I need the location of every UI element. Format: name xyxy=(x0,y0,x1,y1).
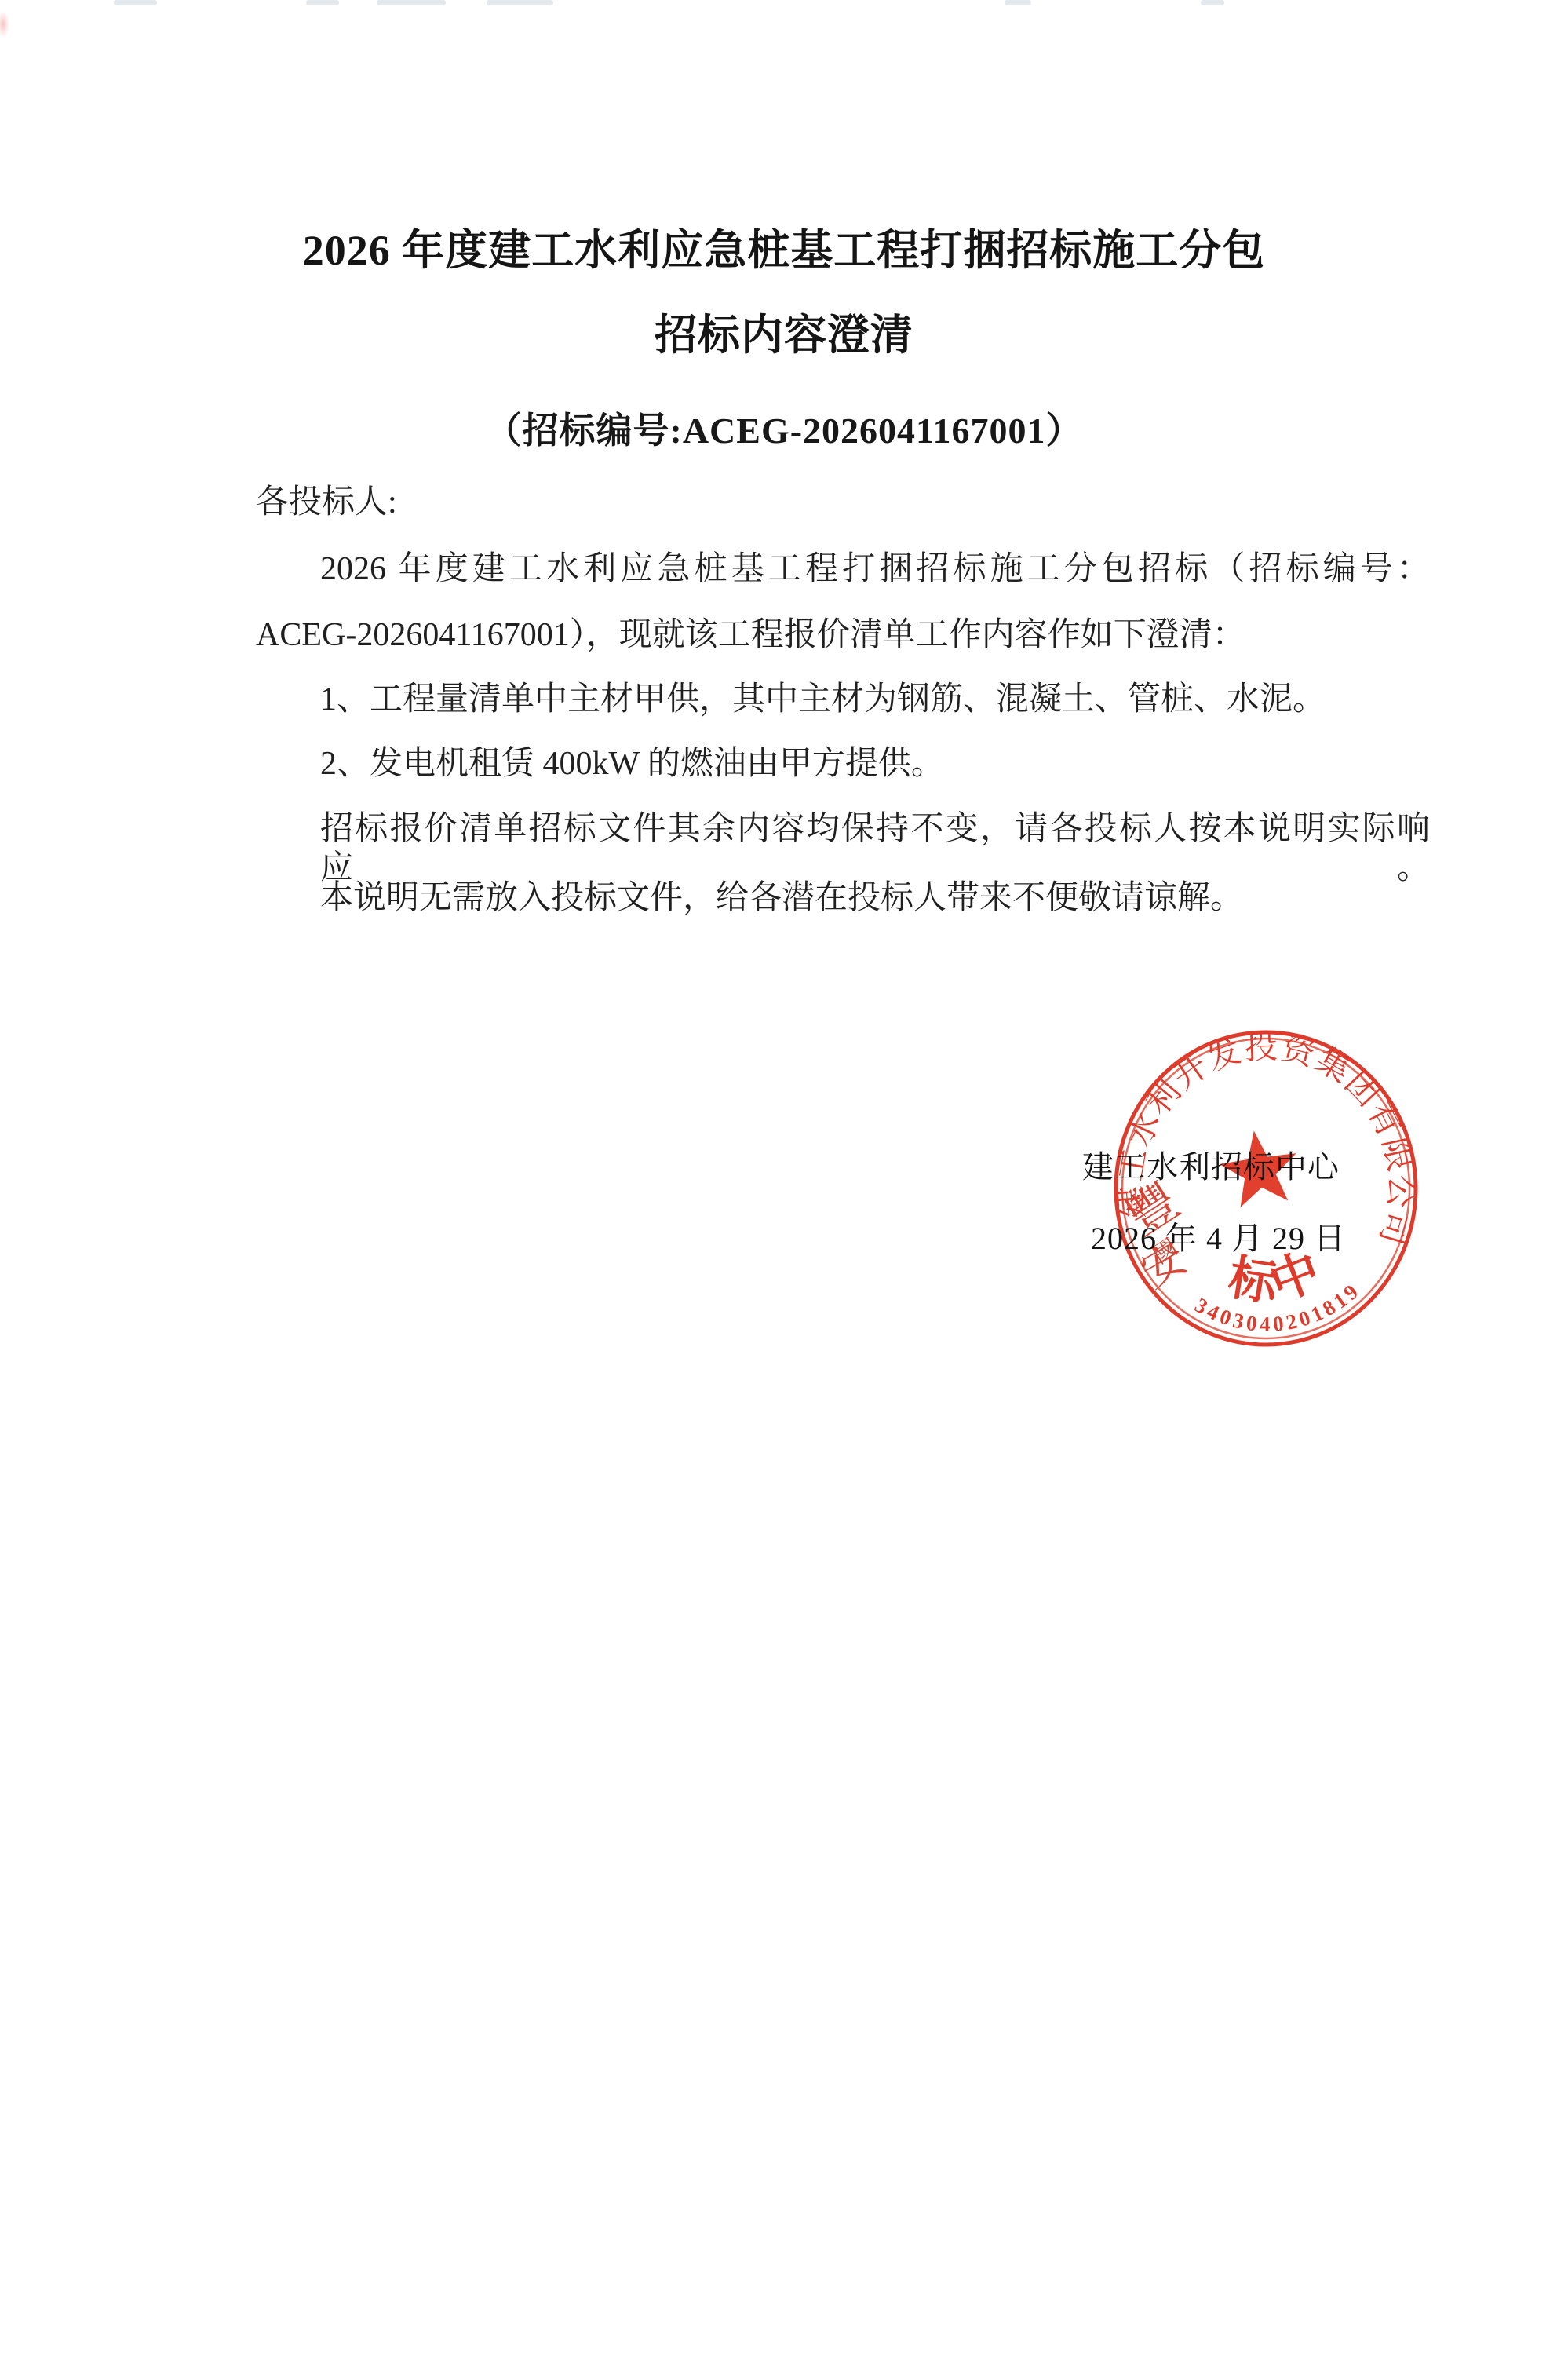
document-title-line1: 2026 年度建工水利应急桩基工程打捆招标施工分包 xyxy=(0,226,1568,275)
salutation: 各投标人: xyxy=(256,483,1430,522)
paragraph-line: ACEG-2026041167001），现就该工程报价清单工作内容作如下澄清： xyxy=(256,615,1430,655)
scan-artifact xyxy=(306,0,339,5)
closing-line-1: 招标报价清单招标文件其余内容均保持不变，请各投标人按本说明实际响应。 xyxy=(256,809,1430,888)
document-page: 2026 年度建工水利应急桩基工程打捆招标施工分包 招标内容澄清 （招标编号:A… xyxy=(0,0,1568,2355)
scan-artifact xyxy=(0,11,9,38)
scan-artifact xyxy=(487,0,553,5)
signing-date: 2026 年 4 月 29 日 xyxy=(1091,1214,1346,1258)
document-title-line2: 招标内容澄清 xyxy=(0,311,1568,360)
scan-artifact xyxy=(114,0,157,5)
tender-number-subtitle: （招标编号:ACEG-2026041167001） xyxy=(0,402,1568,454)
scan-artifact xyxy=(1201,0,1224,5)
scan-artifact xyxy=(1005,0,1031,5)
scan-artifact xyxy=(377,0,446,5)
clarification-item-2: 2、发电机租赁 400kW 的燃油由甲方提供。 xyxy=(256,744,1430,783)
company-stamp: 豐 國 安 建工水利开发投资集团有限公司 招标中心 3403040201819 xyxy=(1078,984,1454,1393)
paragraph-line: 2026 年度建工水利应急桩基工程打捆招标施工分包招标（招标编号： xyxy=(256,549,1430,589)
signing-org: 建工水利招标中心 xyxy=(1082,1142,1340,1187)
clarification-item-1: 1、工程量清单中主材甲供，其中主材为钢筋、混凝土、管桩、水泥。 xyxy=(256,680,1430,719)
closing-line-2: 本说明无需放入投标文件，给各潜在投标人带来不便敬请谅解。 xyxy=(256,878,1430,918)
